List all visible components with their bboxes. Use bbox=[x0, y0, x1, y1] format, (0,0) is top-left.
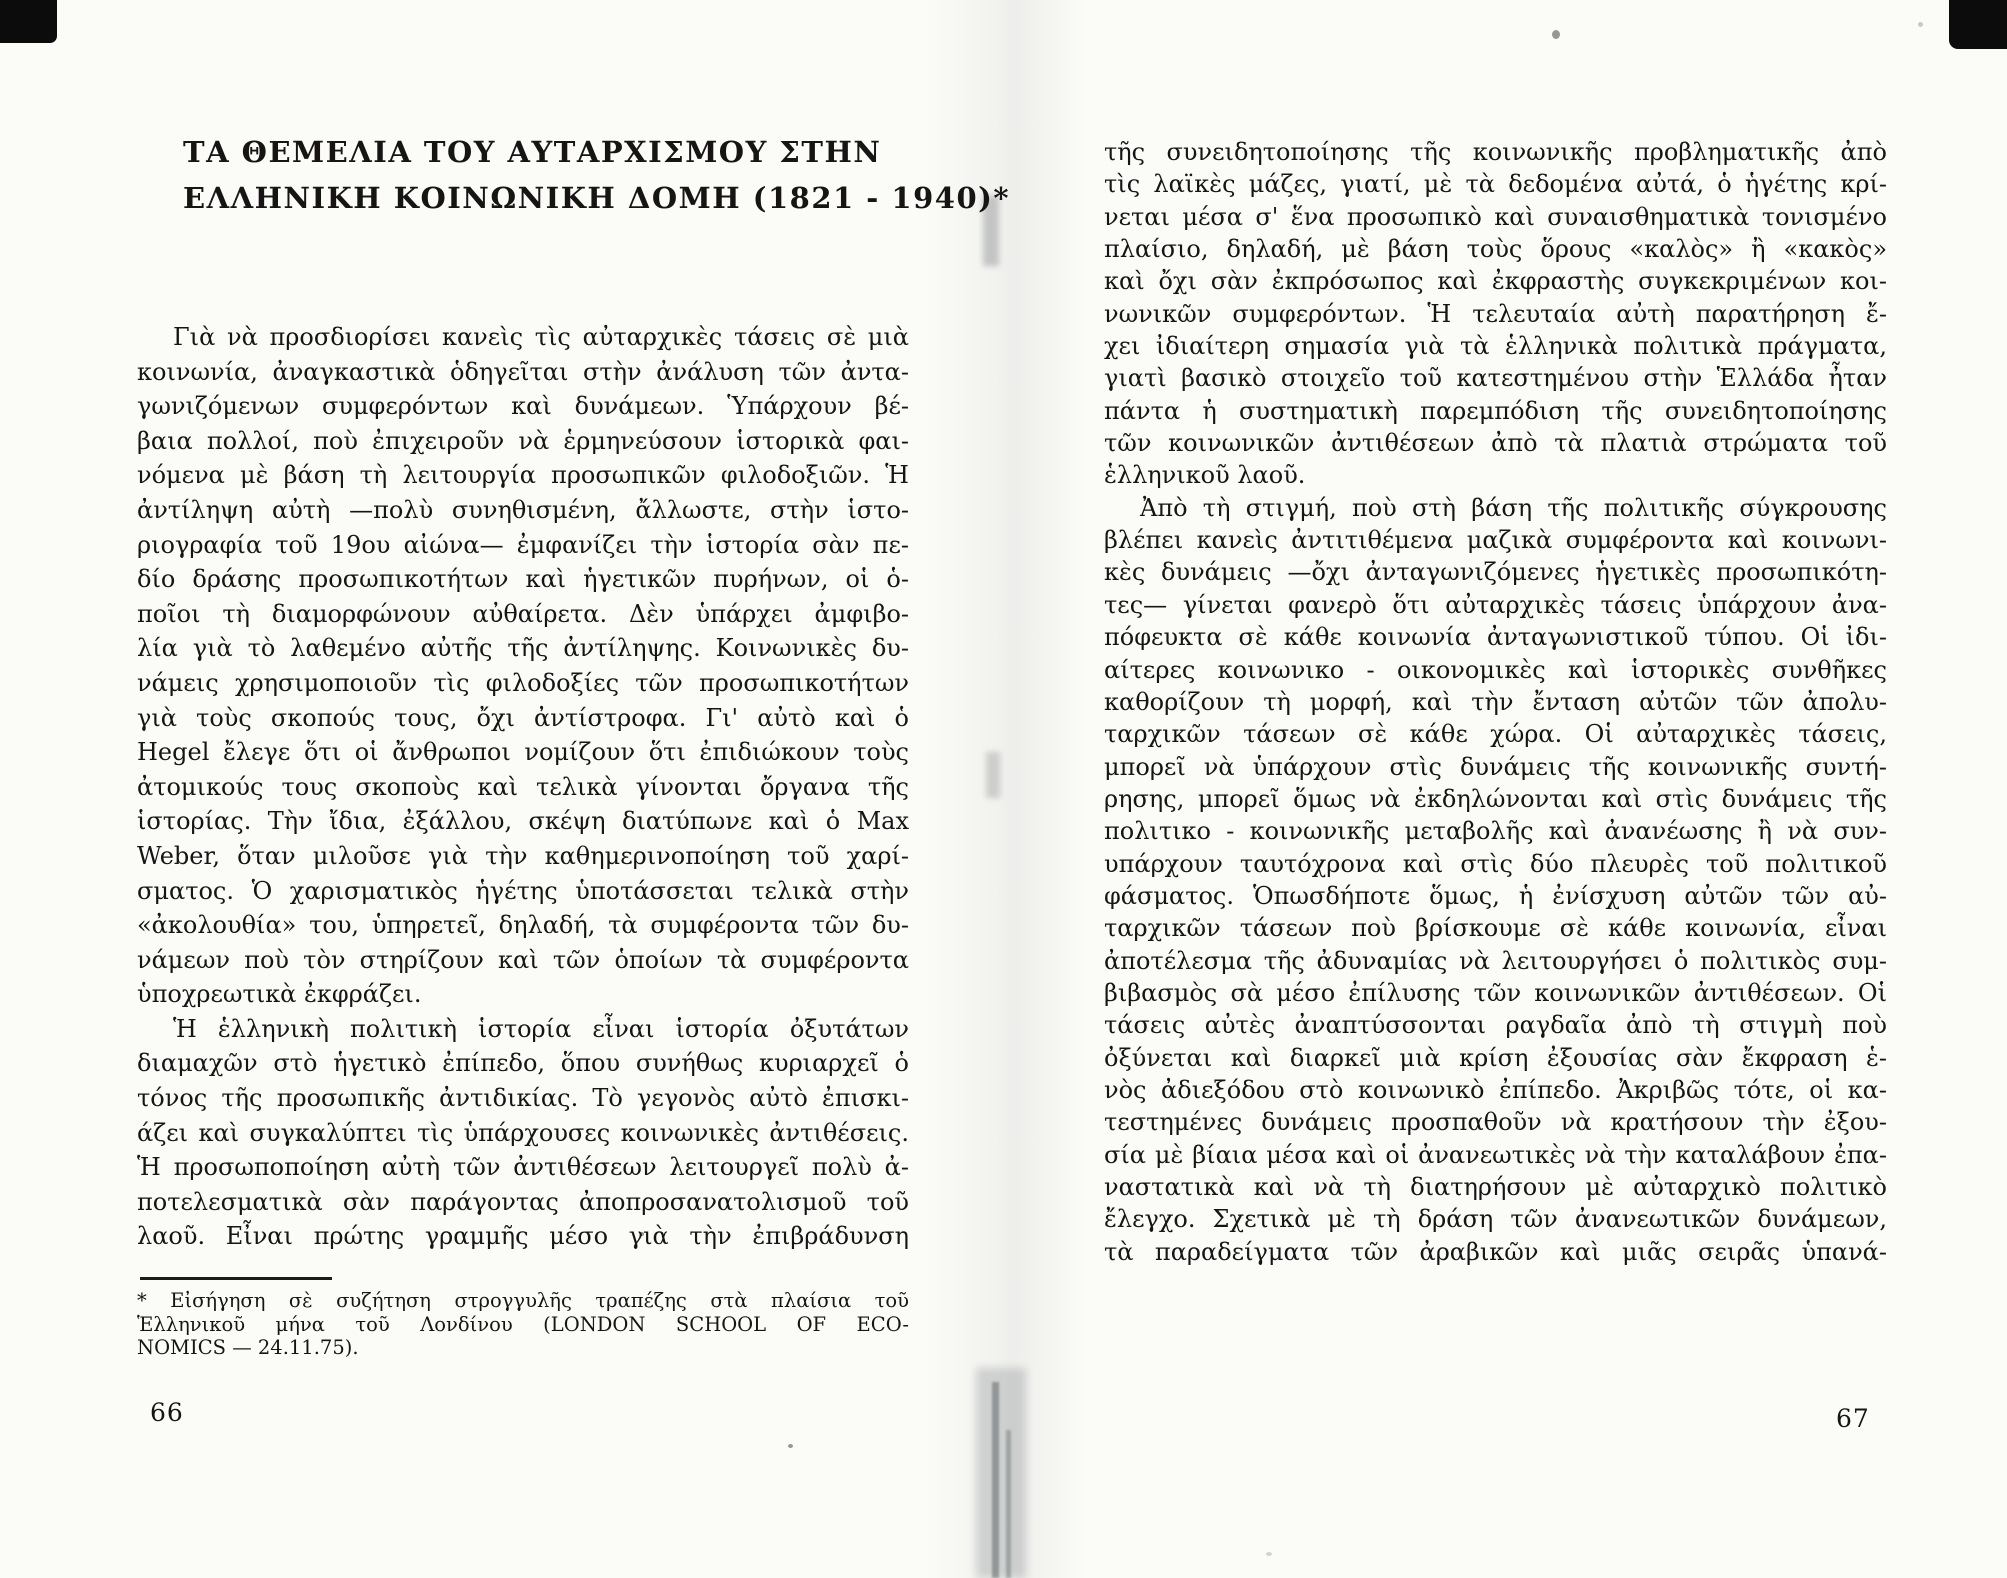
text-line: ὀξύνεται καὶ διαρκεῖ μιὰ κρίση ἐξουσίας … bbox=[1104, 1042, 1887, 1074]
text-line: Γιὰ νὰ προσδιορίσει κανεὶς τὶς αὐταρχικὲ… bbox=[137, 320, 909, 355]
text-line: λαοῦ. Εἶναι πρώτης γραμμῆς μέσο γιὰ τὴν … bbox=[137, 1219, 909, 1254]
text-line: σία μὲ βίαια μέσα καὶ οἱ ἀνανεωτικὲς νὰ … bbox=[1104, 1139, 1887, 1171]
text-line: «ἀκολουθία» του, ὑπηρετεῖ, δηλαδή, τὰ συ… bbox=[137, 908, 909, 943]
text-line: Ἀπὸ τὴ στιγμή, ποὺ στὴ βάση τῆς πολιτικῆ… bbox=[1104, 492, 1887, 524]
text-line: τάσεις αὐτὲς ἀναπτύσσονται ραγδαῖα ἀπὸ τ… bbox=[1104, 1009, 1887, 1041]
text-line: τὰ παραδείγματα τῶν ἀραβικῶν καὶ μιᾶς σε… bbox=[1104, 1236, 1887, 1268]
chapter-title-line2: ΕΛΛΗΝΙΚΗ ΚΟΙΝΩΝΙΚΗ ΔΟΜΗ (1821 - 1940)* bbox=[183, 175, 1010, 221]
left-page-body-text: Γιὰ νὰ προσδιορίσει κανεὶς τὶς αὐταρχικὲ… bbox=[137, 320, 909, 1254]
text-line: ταρχικῶν τάσεων σὲ κάθε χώρα. Οἱ αὐταρχι… bbox=[1104, 718, 1887, 750]
text-line: ἱστορίας. Τὴν ἴδια, ἐξάλλου, σκέψη διατύ… bbox=[137, 804, 909, 839]
text-line: καὶ ὄχι σὰν ἐκπρόσωπος καὶ ἐκφραστὴς συγ… bbox=[1104, 265, 1887, 297]
text-line: ταρχικῶν τάσεων ποὺ βρίσκουμε σὲ κάθε κο… bbox=[1104, 912, 1887, 944]
text-line: υπάρχουν ταυτόχρονα καὶ στὶς δύο πλευρὲς… bbox=[1104, 848, 1887, 880]
text-line: πλαίσιο, δηλαδή, μὲ βάση τοὺς ὅρους «καλ… bbox=[1104, 233, 1887, 265]
text-line: σματος. Ὁ χαρισματικὸς ἡγέτης ὑποτάσσετα… bbox=[137, 874, 909, 909]
text-line: άζει καὶ συγκαλύπτει τὶς ὑπάρχουσες κοιν… bbox=[137, 1116, 909, 1151]
text-line: λία γιὰ τὸ λαθεμένο αὐτῆς τῆς ἀντίληψης.… bbox=[137, 631, 909, 666]
scan-artifact-top-left bbox=[0, 0, 57, 43]
text-line: φάσματος. Ὁπωσδήποτε ὅμως, ἡ ἐνίσχυση αὐ… bbox=[1104, 880, 1887, 912]
text-line: νάμεων ποὺ τὸν στηρίζουν καὶ τῶν ὁποίων … bbox=[137, 943, 909, 978]
text-line: τόνος τῆς προσωπικῆς ἀντιδικίας. Τὸ γεγο… bbox=[137, 1081, 909, 1116]
scan-artifact-top-right bbox=[1949, 0, 2007, 49]
footnote-rule bbox=[140, 1277, 332, 1280]
gutter-smudge-middle bbox=[986, 752, 1000, 798]
gutter-smudge-bottom-line2 bbox=[1006, 1430, 1011, 1578]
text-line: τὶς λαϊκὲς μάζες, γιατί, μὲ τὰ δεδομένα … bbox=[1104, 168, 1887, 200]
text-line: τῆς συνειδητοποίησης τῆς κοινωνικῆς προβ… bbox=[1104, 136, 1887, 168]
text-line: βιβασμὸς σὰ μέσο ἐπίλυσης τῶν κοινωνικῶν… bbox=[1104, 977, 1887, 1009]
text-line: ἔλεγχο. Σχετικὰ μὲ τὴ δράση τῶν ἀνανεωτι… bbox=[1104, 1203, 1887, 1235]
text-line: κοινωνία, ἀναγκαστικὰ ὁδηγεῖται στὴν ἀνά… bbox=[137, 355, 909, 390]
chapter-title: ΤΑ ΘΕΜΕΛΙΑ ΤΟΥ ΑΥΤΑΡΧΙΣΜΟΥ ΣΤΗΝ ΕΛΛΗΝΙΚΗ… bbox=[183, 129, 1010, 221]
text-line: Hegel ἔλεγε ὅτι οἱ ἄνθρωποι νομίζουν ὅτι… bbox=[137, 735, 909, 770]
scan-speck bbox=[788, 1444, 793, 1448]
text-line: NOMICS — 24.11.75). bbox=[137, 1336, 909, 1360]
text-line: Weber, ὅταν μιλοῦσε γιὰ τὴν καθημερινοπο… bbox=[137, 839, 909, 874]
text-line: τῶν κοινωνικῶν ἀντιθέσεων ἀπὸ τὰ πλατιὰ … bbox=[1104, 427, 1887, 459]
text-line: πολιτικο - κοινωνικῆς μεταβολῆς καὶ ἀναν… bbox=[1104, 815, 1887, 847]
text-line: ποτελεσματικὰ σὰν παράγοντας ἀποπροσανατ… bbox=[137, 1185, 909, 1220]
text-line: ριογραφία τοῦ 19ου αἰώνα— ἐμφανίζει τὴν … bbox=[137, 528, 909, 563]
text-line: ναστατικὰ καὶ νὰ τὴ διατηρήσουν μὲ αὐταρ… bbox=[1104, 1171, 1887, 1203]
text-line: νόμενα μὲ βάση τὴ λειτουργία προσωπικῶν … bbox=[137, 458, 909, 493]
text-line: νεται μέσα σ' ἕνα προσωπικὸ καὶ συναισθη… bbox=[1104, 201, 1887, 233]
text-line: ρησης, μπορεῖ ὅμως νὰ ἐκδηλώνονται καὶ σ… bbox=[1104, 783, 1887, 815]
footnote: * Εἰσήγηση σὲ συζήτηση στρογγυλῆς τραπέζ… bbox=[137, 1289, 909, 1360]
page-number-left: 66 bbox=[150, 1398, 184, 1427]
page-number-right: 67 bbox=[1836, 1404, 1870, 1433]
text-line: Ἡ προσωποποίηση αὐτὴ τῶν ἀντιθέσεων λειτ… bbox=[137, 1150, 909, 1185]
text-line: ἀτομικούς τους σκοποὺς καὶ τελικὰ γίνοντ… bbox=[137, 770, 909, 805]
text-line: κὲς δυνάμεις —ὄχι ἀνταγωνιζόμενες ἡγετικ… bbox=[1104, 556, 1887, 588]
text-line: ἀποτέλεσμα τῆς ἀδυναμίας νὰ λειτουργήσει… bbox=[1104, 945, 1887, 977]
text-line: αίτερες κοινωνικο - οικονομικὲς καὶ ἱστο… bbox=[1104, 654, 1887, 686]
text-line: γιὰ τοὺς σκοπούς τους, ὄχι ἀντίστροφα. Γ… bbox=[137, 701, 909, 736]
page-fold-shading bbox=[925, 0, 1085, 1578]
text-line: νὸς ἀδιεξόδου στὸ κοινωνικὸ ἐπίπεδο. Ἀκρ… bbox=[1104, 1074, 1887, 1106]
book-spread-scan: ΤΑ ΘΕΜΕΛΙΑ ΤΟΥ ΑΥΤΑΡΧΙΣΜΟΥ ΣΤΗΝ ΕΛΛΗΝΙΚΗ… bbox=[0, 0, 2007, 1578]
text-line: τες— γίνεται φανερὸ ὅτι αὐταρχικὲς τάσει… bbox=[1104, 589, 1887, 621]
text-line: ποῖοι τὴ διαμορφώνουν αὐθαίρετα. Δὲν ὑπά… bbox=[137, 597, 909, 632]
text-line: ἑλληνικοῦ λαοῦ. bbox=[1104, 459, 1887, 491]
chapter-title-line1: ΤΑ ΘΕΜΕΛΙΑ ΤΟΥ ΑΥΤΑΡΧΙΣΜΟΥ ΣΤΗΝ bbox=[183, 129, 1010, 175]
text-line: τεστημένες δυνάμεις προσπαθοῦν νὰ κρατήσ… bbox=[1104, 1106, 1887, 1138]
text-line: μπορεῖ νὰ ὑπάρχουν στὶς δυνάμεις τῆς κοι… bbox=[1104, 751, 1887, 783]
scan-speck bbox=[1552, 30, 1560, 39]
text-line: νάμεις χρησιμοποιοῦν τὶς φιλοδοξίες τῶν … bbox=[137, 666, 909, 701]
text-line: νωνικῶν συμφερόντων. Ἡ τελευταία αὐτὴ πα… bbox=[1104, 298, 1887, 330]
text-line: ἀντίληψη αὐτὴ —πολὺ συνηθισμένη, ἄλλωστε… bbox=[137, 493, 909, 528]
scan-speck bbox=[1918, 22, 1923, 27]
right-page-body-text: τῆς συνειδητοποίησης τῆς κοινωνικῆς προβ… bbox=[1104, 136, 1887, 1268]
text-line: καθορίζουν τὴ μορφή, καὶ τὴν ἔνταση αὐτῶ… bbox=[1104, 686, 1887, 718]
scan-speck bbox=[1266, 1552, 1272, 1556]
text-line: πόφευκτα σὲ κάθε κοινωνία ἀνταγωνιστικοῦ… bbox=[1104, 621, 1887, 653]
gutter-smudge-bottom bbox=[976, 1368, 1026, 1578]
text-line: ὑποχρεωτικὰ ἐκφράζει. bbox=[137, 977, 909, 1012]
text-line: πάντα ἡ συστηματικὴ παρεμπόδιση τῆς συνε… bbox=[1104, 395, 1887, 427]
text-line: * Εἰσήγηση σὲ συζήτηση στρογγυλῆς τραπέζ… bbox=[137, 1289, 909, 1313]
text-line: δίο δράσης προσωπικοτήτων καὶ ἡγετικῶν π… bbox=[137, 562, 909, 597]
text-line: Ἡ ἑλληνικὴ πολιτικὴ ἱστορία εἶναι ἱστορί… bbox=[137, 1012, 909, 1047]
text-line: χει ἰδιαίτερη σημασία γιὰ τὰ ἑλληνικὰ πο… bbox=[1104, 330, 1887, 362]
gutter-smudge-bottom-line bbox=[992, 1382, 999, 1578]
text-line: βλέπει κανεὶς ἀντιτιθέμενα μαζικὰ συμφέρ… bbox=[1104, 524, 1887, 556]
text-line: διαμαχῶν στὸ ἡγετικὸ ἐπίπεδο, ὅπου συνήθ… bbox=[137, 1046, 909, 1081]
text-line: Ἑλληνικοῦ μήνα τοῦ Λονδίνου (LONDON SCHO… bbox=[137, 1313, 909, 1337]
text-line: γωνιζόμενων συμφερόντων καὶ δυνάμεων. Ὑπ… bbox=[137, 389, 909, 424]
text-line: βαια πολλοί, ποὺ ἐπιχειροῦν νὰ ἑρμηνεύσο… bbox=[137, 424, 909, 459]
text-line: γιατὶ βασικὸ στοιχεῖο τοῦ κατεστημένου σ… bbox=[1104, 362, 1887, 394]
